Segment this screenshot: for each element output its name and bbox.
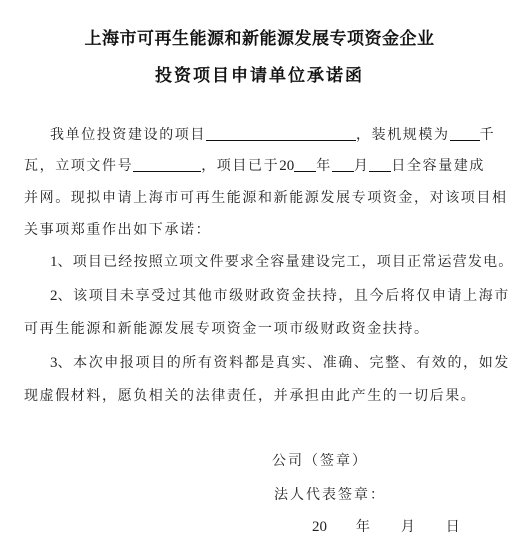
item2-number: 2 <box>50 288 58 304</box>
item3-number: 3 <box>50 355 58 371</box>
item3-line2: 现虚假材料，愿负相关的法律责任，并承担由此产生的一切后果。 <box>24 385 500 405</box>
item2-line2: 可再生能源和新能源发展专项资金一项市级财政资金扶持。 <box>24 318 500 338</box>
signature-date: 20 年 月 日 <box>312 516 460 536</box>
para1-line1: 我单位投资建设的项目，装机规模为千 <box>24 124 519 144</box>
signature-year-prefix: 20 <box>312 519 327 535</box>
approval-number-blank[interactable] <box>133 157 201 172</box>
para1-line3: 并网。现拟申请上海市可再生能源和新能源发展专项资金，对该项目相 <box>24 187 500 207</box>
item3-text-l1: 、本次申报项目的所有资料都是真实、准确、完整、有效的，如发 <box>58 355 510 371</box>
item2-text-l1: 、该项目未享受过其他市级财政资金扶持，且今后将仅申请上海市 <box>58 288 510 304</box>
para1-text-project: 我单位投资建设的项目 <box>50 127 206 143</box>
project-name-blank[interactable] <box>206 126 356 141</box>
item1-number: 1 <box>50 254 58 270</box>
para1-line4: 关事项郑重作出如下承诺： <box>24 219 500 239</box>
item1-line1: 1、项目已经按照立项文件要求全容量建设完工，项目正常运营发电。 <box>24 251 519 271</box>
para1-text-kilo: 千 <box>480 127 496 143</box>
legal-rep-signature-label: 法人代表签章： <box>274 484 386 504</box>
year-label: 年 <box>316 158 332 174</box>
item1-text: 、项目已经按照立项文件要求全容量建设完工，项目正常运营发电。 <box>58 254 514 270</box>
document-title-line2: 投资项目申请单位承诺函 <box>0 61 519 86</box>
signature-month-label: 月 <box>401 519 415 535</box>
company-seal-label: 公司（签章） <box>272 450 368 470</box>
day-label: 日全容量建成 <box>391 158 485 174</box>
para1-text-completed: ，项目已于 <box>201 158 279 174</box>
signature-year-label: 年 <box>356 519 370 535</box>
item2-line1: 2、该项目未享受过其他市级财政资金扶持，且今后将仅申请上海市 <box>24 285 519 305</box>
document-title-line1: 上海市可再生能源和新能源发展专项资金企业 <box>0 24 519 49</box>
capacity-blank[interactable] <box>450 126 480 141</box>
month-blank[interactable] <box>332 157 354 172</box>
item3-line1: 3、本次申报项目的所有资料都是真实、准确、完整、有效的，如发 <box>24 352 519 372</box>
para1-text-approval: 瓦，立项文件号 <box>24 158 133 174</box>
para1-line2: 瓦，立项文件号，项目已于20年月日全容量建成 <box>24 155 500 175</box>
signature-day-label: 日 <box>446 519 460 535</box>
year-blank[interactable] <box>294 157 316 172</box>
day-blank[interactable] <box>369 157 391 172</box>
month-label: 月 <box>354 158 370 174</box>
para1-text-capacity: ，装机规模为 <box>356 127 450 143</box>
year-prefix: 20 <box>279 158 294 174</box>
